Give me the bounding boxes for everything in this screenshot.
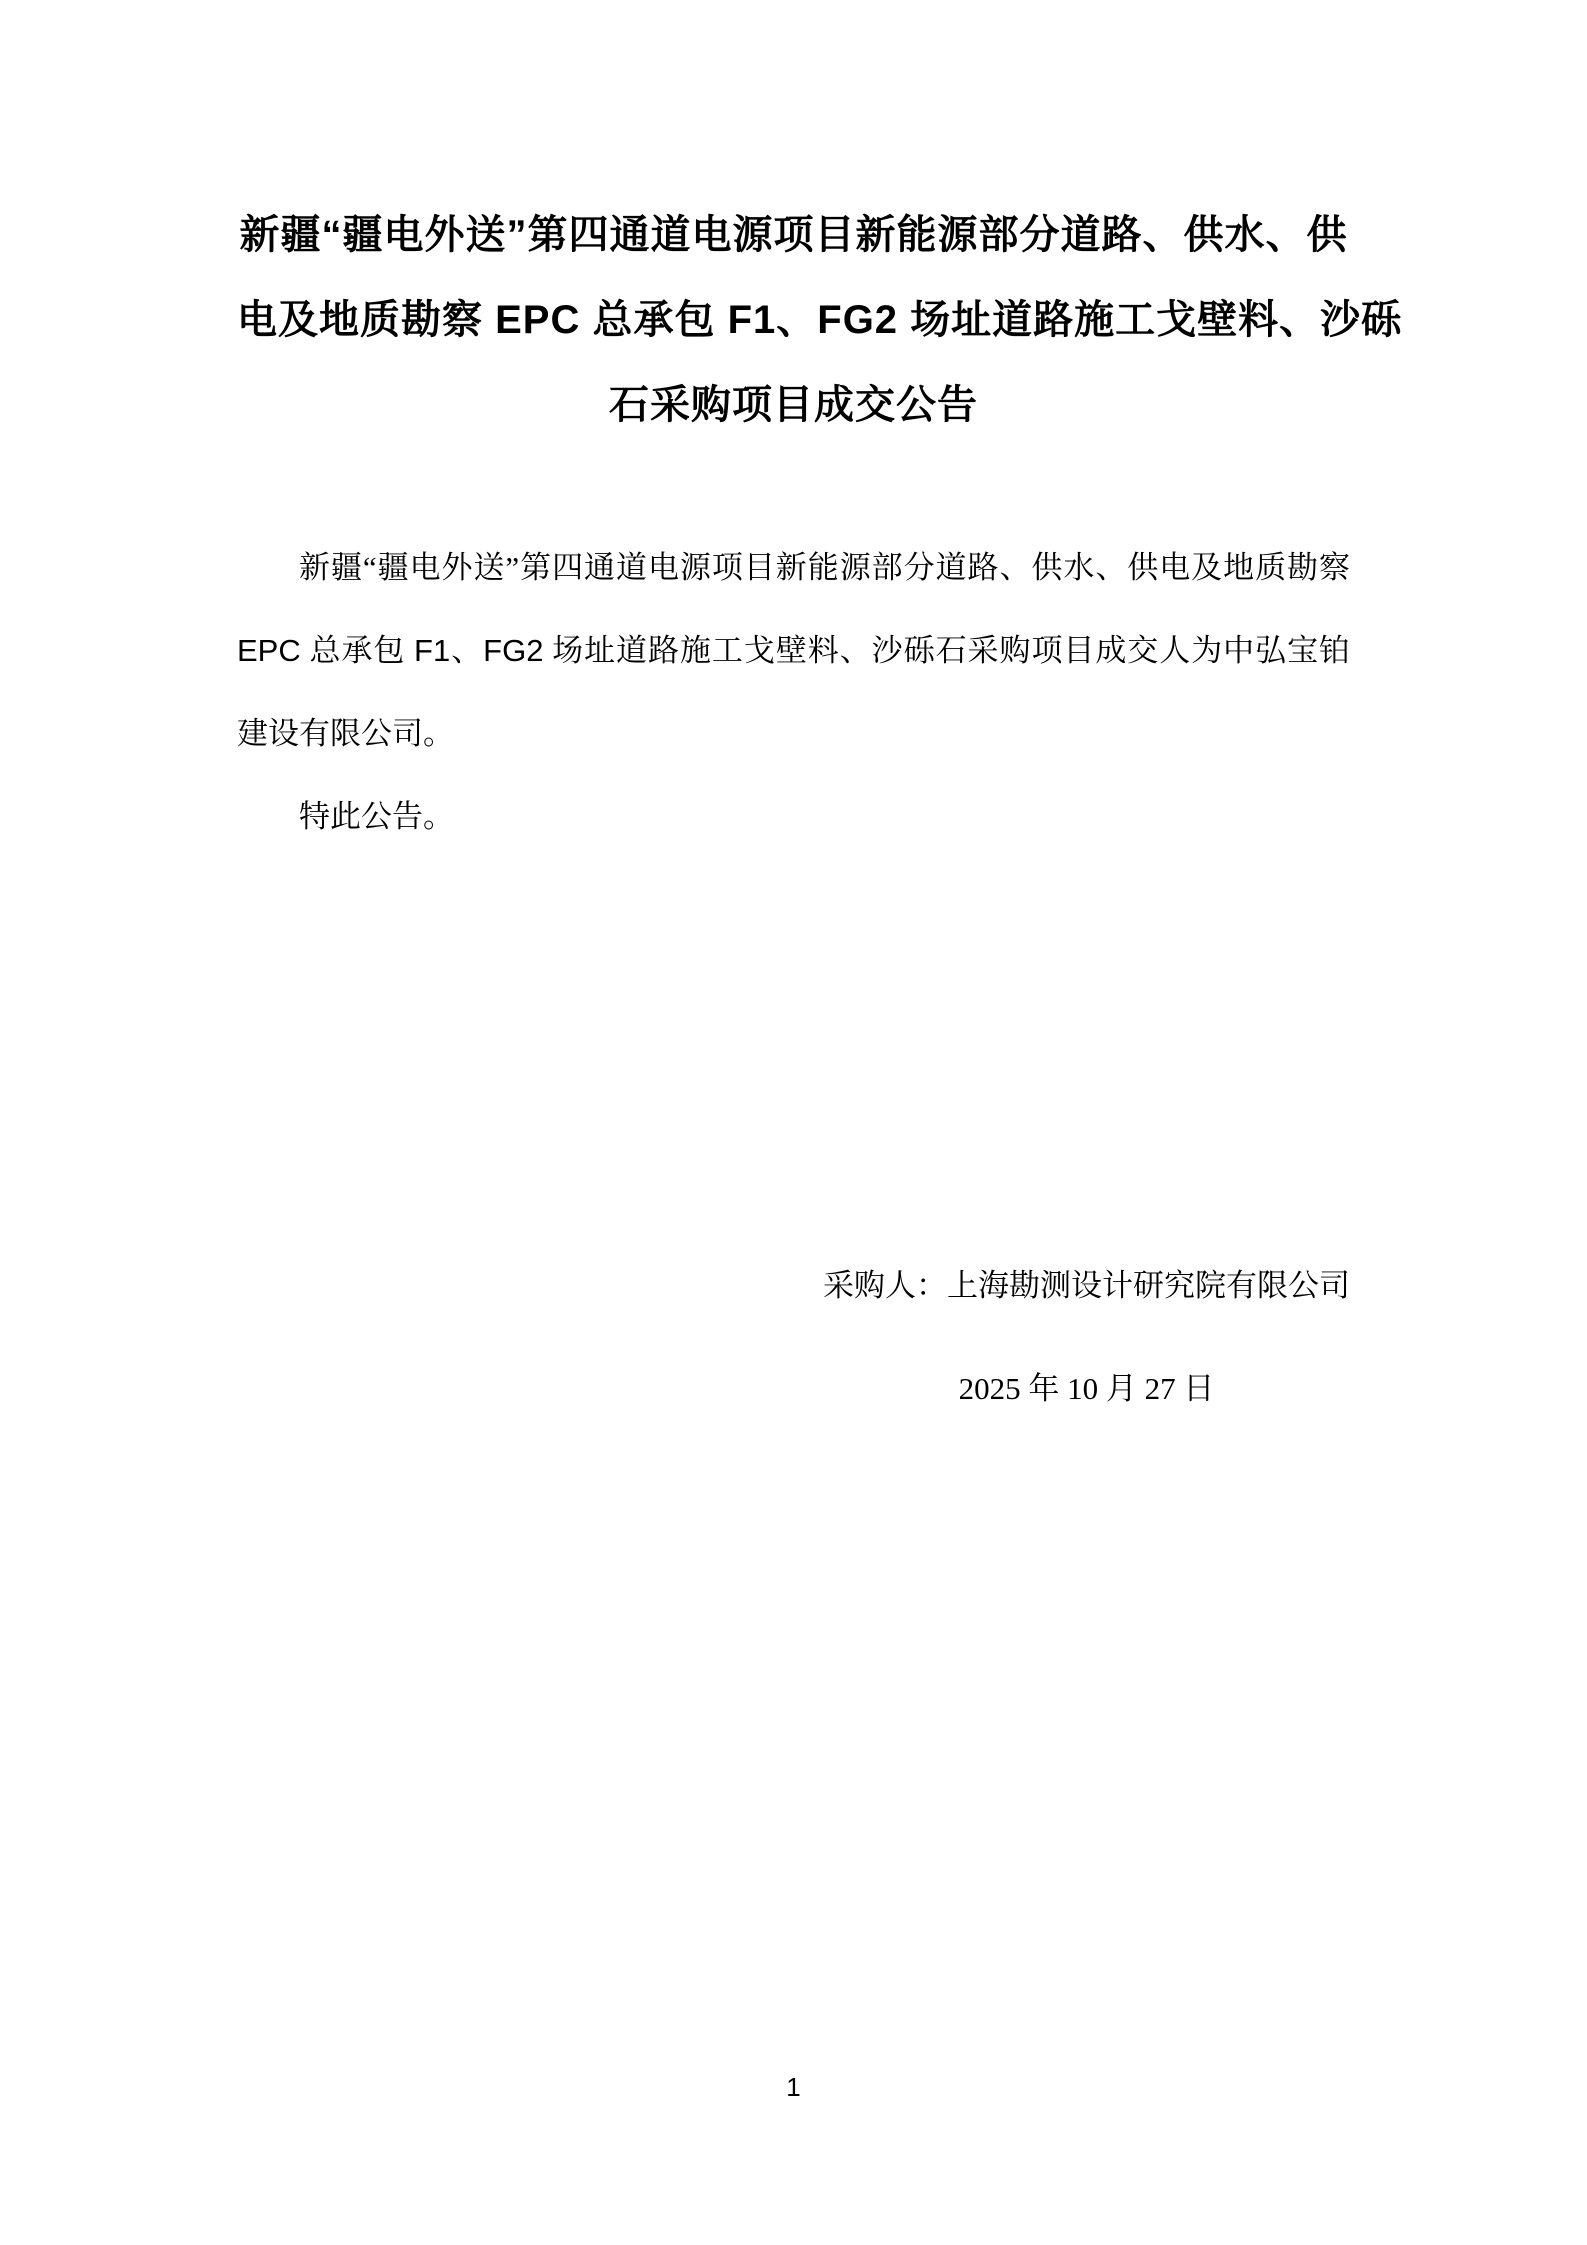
- announcement-date: 2025 年 10 月 27 日: [823, 1347, 1350, 1430]
- page-number: 1: [0, 2072, 1587, 2102]
- signature-inner: 采购人：上海勘测设计研究院有限公司 2025 年 10 月 27 日: [823, 1244, 1350, 1430]
- announcement-body: 新疆“疆电外送”第四通道电源项目新能源部分道路、供水、供电及地质勘察 EPC 总…: [237, 526, 1350, 858]
- purchaser-line: 采购人：上海勘测设计研究院有限公司: [823, 1244, 1350, 1327]
- title-line-3: 石采购项目成交公告: [237, 363, 1350, 448]
- document-page: { "page": { "background_color": "#ffffff…: [0, 0, 1587, 2245]
- closing-statement: 特此公告。: [237, 775, 1350, 858]
- announcement-title: 新疆“疆电外送”第四通道电源项目新能源部分道路、供水、供 电及地质勘察 EPC …: [237, 193, 1350, 448]
- title-line-1: 新疆“疆电外送”第四通道电源项目新能源部分道路、供水、供: [237, 193, 1350, 278]
- signature-block: 采购人：上海勘测设计研究院有限公司 2025 年 10 月 27 日: [237, 1244, 1350, 1430]
- title-line-2: 电及地质勘察 EPC 总承包 F1、FG2 场址道路施工戈壁料、沙砾: [237, 278, 1350, 363]
- announcement-document: 新疆“疆电外送”第四通道电源项目新能源部分道路、供水、供 电及地质勘察 EPC …: [0, 0, 1587, 1430]
- award-paragraph: 新疆“疆电外送”第四通道电源项目新能源部分道路、供水、供电及地质勘察 EPC 总…: [237, 526, 1350, 775]
